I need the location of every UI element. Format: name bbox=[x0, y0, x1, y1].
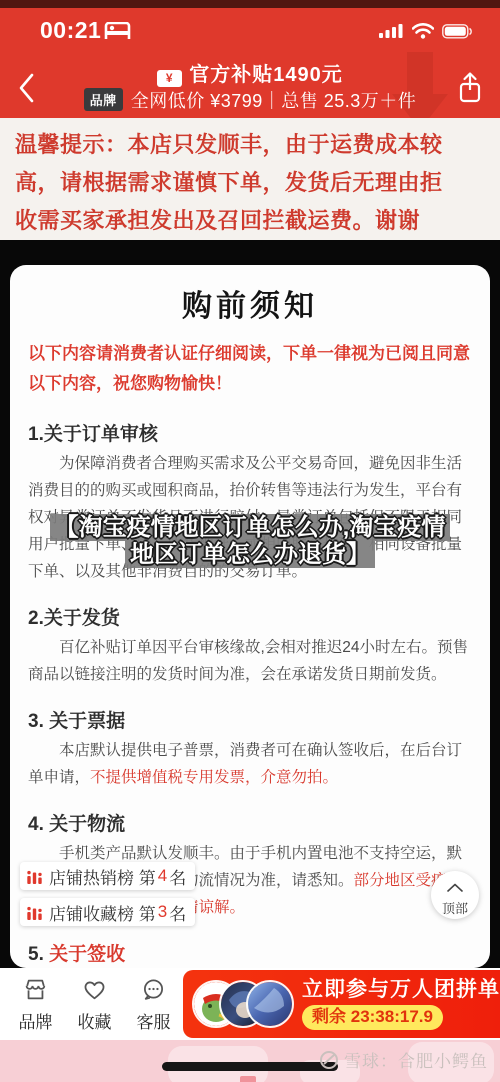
decorative-shape bbox=[240, 1076, 256, 1082]
nav-item-favorite[interactable]: 收藏 bbox=[65, 972, 124, 1033]
participant-avatars bbox=[192, 980, 294, 1028]
rank-prefix: 第 bbox=[139, 900, 156, 925]
countdown-time: 23:38:17.9 bbox=[351, 1007, 433, 1026]
heart-icon bbox=[81, 976, 108, 1003]
section-3-heading: 3. 关于票据 bbox=[28, 710, 472, 734]
bottom-nav: 品牌 收藏 客服 bbox=[6, 972, 183, 1033]
notice-intro: 以下内容请消费者认证仔细阅读，下单一律视为已阅且同意以下内容，祝您购物愉快！ bbox=[28, 339, 472, 399]
rank-label: 店铺收藏榜 bbox=[49, 900, 134, 925]
rank-number: 4 bbox=[158, 866, 167, 886]
signal-icon bbox=[379, 23, 404, 39]
image-watermark: 【淘宝疫情地区订单怎么办,淘宝疫情 地区订单怎么办退货】 bbox=[0, 514, 500, 568]
brand-badge: 品牌 bbox=[84, 88, 123, 111]
subsidy-label: 官方补贴1490元 bbox=[189, 64, 343, 86]
xueqiu-watermark-text: 雪球：合肥小鳄鱼 bbox=[344, 1047, 488, 1072]
notice-title: 购前须知 bbox=[28, 281, 472, 325]
countdown-pill: 剩余 23:38:17.9 bbox=[302, 1005, 443, 1030]
favorites-rank-badge[interactable]: 店铺收藏榜 第3名 bbox=[20, 898, 195, 926]
coupon-icon: ¥ bbox=[157, 70, 182, 87]
status-time: 00:21 bbox=[40, 17, 101, 44]
hot-sales-rank-badge[interactable]: 店铺热销榜 第4名 bbox=[20, 862, 195, 890]
xueqiu-logo-icon bbox=[319, 1050, 339, 1070]
nav-label: 收藏 bbox=[65, 1008, 124, 1033]
promo-title: 立即参与万人团拼单 bbox=[302, 978, 500, 1002]
home-indicator bbox=[162, 1062, 338, 1071]
watermark-line-1: 【淘宝疫情地区订单怎么办,淘宝疫情 bbox=[50, 514, 451, 541]
watermark-line-2: 地区订单怎么办退货】 bbox=[125, 541, 375, 568]
section-1-heading: 1.关于订单审核 bbox=[28, 423, 472, 447]
nav-item-service[interactable]: 客服 bbox=[124, 972, 183, 1033]
nav-label: 品牌 bbox=[6, 1008, 65, 1033]
seller-warning-banner: 温馨提示：本店只发顺丰，由于运费成本较 高，请根据需求谨慎下单，发货后无理由拒 … bbox=[0, 118, 500, 240]
back-to-top-button[interactable]: 顶部 bbox=[431, 871, 479, 919]
section-5-number: 5. bbox=[28, 944, 49, 965]
section-4-heading: 4. 关于物流 bbox=[28, 813, 472, 837]
section-5-heading: 5. 关于签收 bbox=[28, 943, 472, 967]
nav-item-brand[interactable]: 品牌 bbox=[6, 972, 65, 1033]
price-line: 全网低价 ¥3799｜总售 25.3万＋件 bbox=[131, 91, 417, 111]
back-to-top-label: 顶部 bbox=[431, 898, 479, 917]
storefront-icon bbox=[22, 976, 49, 1003]
top-edge-shadow bbox=[0, 0, 500, 8]
wifi-icon bbox=[412, 23, 434, 39]
rank-suffix: 名 bbox=[169, 900, 186, 925]
section-3-body: 本店默认提供电子普票，消费者可在确认签收后，在后台订单申请，不提供增值税专用发票… bbox=[28, 737, 472, 791]
rank-chart-icon bbox=[26, 868, 43, 885]
header-zone: 00:21 bbox=[0, 0, 500, 118]
warning-line: 收需买家承担发出及召回拦截运费。谢谢 bbox=[15, 202, 485, 240]
bed-icon bbox=[104, 22, 131, 40]
promo-text: 立即参与万人团拼单 剩余 23:38:17.9 bbox=[302, 978, 500, 1030]
rank-label: 店铺热销榜 bbox=[49, 864, 134, 889]
warning-line: 温馨提示：本店只发顺丰，由于运费成本较 bbox=[15, 126, 485, 164]
section-2-text: 百亿补贴订单因平台审核缘故,会相对推迟24小时左右。预售商品以链接注明的发货时间… bbox=[28, 639, 468, 683]
rank-prefix: 第 bbox=[139, 864, 156, 889]
group-buy-button[interactable]: 立即参与万人团拼单 剩余 23:38:17.9 bbox=[183, 970, 500, 1038]
avatar bbox=[246, 980, 294, 1028]
official-subsidy-banner[interactable]: ¥官方补贴1490元 bbox=[0, 58, 500, 87]
section-3-red-text: 不提供增值税专用发票，介意勿拍。 bbox=[90, 769, 338, 786]
section-5-title: 关于签收 bbox=[49, 944, 125, 965]
chevron-up-icon bbox=[446, 883, 464, 892]
section-2-body: 百亿补贴订单因平台审核缘故,会相对推迟24小时左右。预售商品以链接注明的发货时间… bbox=[28, 634, 472, 688]
battery-icon bbox=[442, 24, 472, 39]
xueqiu-watermark: 雪球：合肥小鳄鱼 bbox=[319, 1047, 488, 1072]
rank-number: 3 bbox=[158, 902, 167, 922]
countdown-label: 剩余 bbox=[312, 1007, 346, 1026]
status-icons bbox=[379, 23, 472, 39]
section-2-heading: 2.关于发货 bbox=[28, 607, 472, 631]
taobao-product-page: 00:21 bbox=[0, 0, 500, 1082]
nav-label: 客服 bbox=[124, 1008, 183, 1033]
chat-icon bbox=[140, 976, 167, 1003]
rank-chart-icon bbox=[26, 904, 43, 921]
warning-line: 高，请根据需求谨慎下单，发货后无理由拒 bbox=[15, 164, 485, 202]
price-summary-row: 品牌全网低价 ¥3799｜总售 25.3万＋件 bbox=[0, 87, 500, 113]
rank-suffix: 名 bbox=[169, 864, 186, 889]
